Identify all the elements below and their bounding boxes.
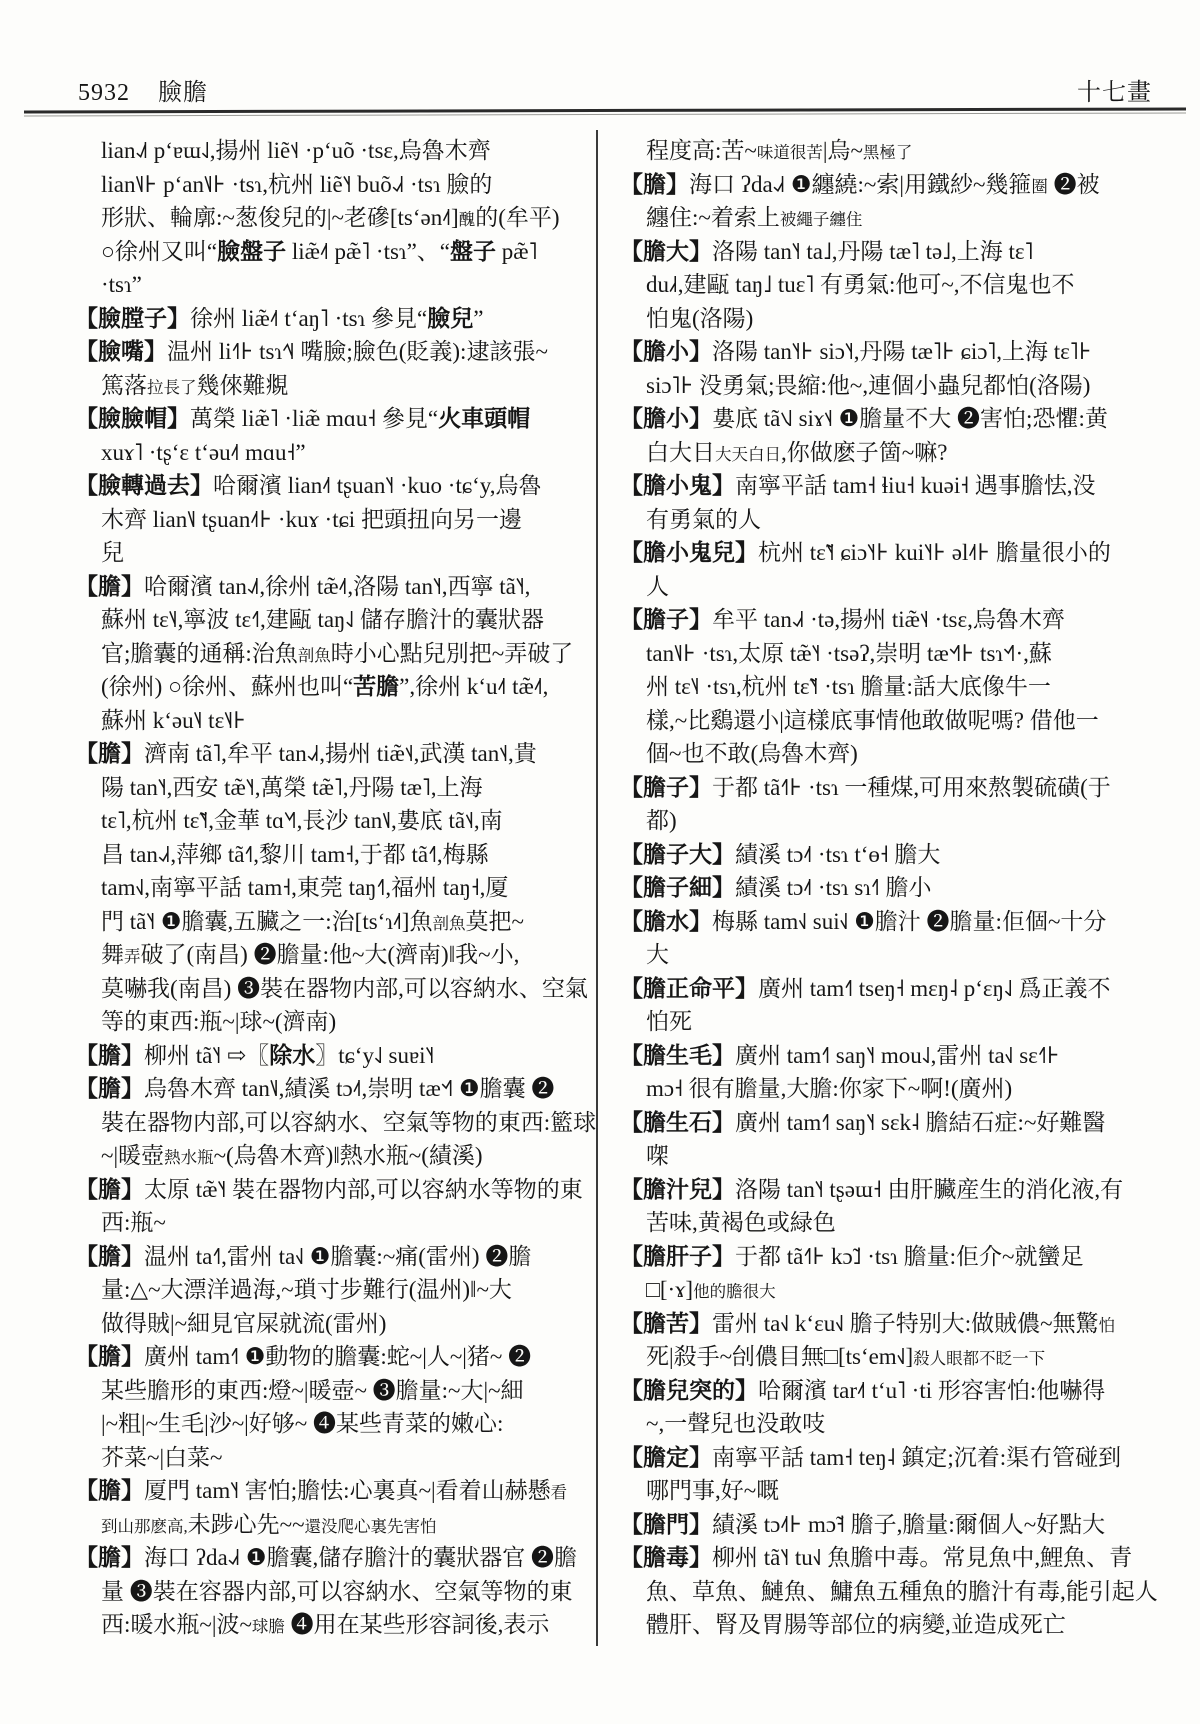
- entry-text: 個~也不敢(烏魯木齊): [646, 741, 858, 766]
- entry-line: 【膽生毛】廣州 tam˧˥ saŋ˥˧ mou˨˩,雷州 ta˧˩ sɛ˧˥⊦: [620, 1039, 1148, 1073]
- continuation-line: 等的東西:瓶~|球~(濟南): [75, 1005, 593, 1039]
- continuation-line: 白大日大天白日,你做麽子箇~嘛?: [620, 436, 1148, 470]
- entry-text: ❷被: [1048, 172, 1100, 197]
- entry-text: 怕鬼(洛陽): [646, 306, 753, 331]
- left-column: lian˨˩˦ pʻɐɯ˨˩,揚州 liẽ˦˨ ·pʻuõ ·tsɛ,烏魯木齊l…: [75, 134, 593, 1642]
- entry-text: |烏~: [823, 138, 863, 163]
- headword: 【膽】: [75, 1478, 144, 1503]
- entry-text: tam˧˩,南寧平話 tam˧,東莞 taŋ˧˥,福州 taŋ˧,厦: [101, 875, 508, 900]
- headword: 【膽】: [75, 1244, 144, 1269]
- entry-text: 裝在器物内部,可以容納水、空氣等物的東西:籃球: [101, 1110, 596, 1135]
- headword: 【膽毒】: [620, 1545, 712, 1570]
- entry-text: 大: [646, 942, 669, 967]
- continuation-line: 蘇州 tɛ˥˨,寧波 tɛ˧˥,建甌 taŋ˨˩ 儲存膽汁的囊狀器: [75, 603, 593, 637]
- entry-text: 于都 tã˧˥⊦ kɔ̃˩ ·tsɿ 膽量:佢介~就蠻足: [735, 1244, 1083, 1269]
- gloss-small-text: 到山那麽高,: [101, 1517, 188, 1536]
- entry-text: 怕死: [646, 1009, 692, 1034]
- stroke-section: 十七畫: [1077, 72, 1152, 107]
- entry-text: 篤落: [101, 373, 147, 398]
- entry-line: 【膽】海口 ʔda˨˩˧ ❶膽囊,儲存膽汁的囊狀器官 ❷膽: [75, 1541, 593, 1575]
- entry-text: 哈爾濱 lian˨˦ tʂuan˥˧ ·kuo ·tɕʻy,烏魯: [213, 473, 541, 498]
- continuation-line: 兒: [75, 536, 593, 570]
- entry-text: 柳州 tã˥˧ tu˧˩ 魚膽中毒。常見魚中,鯉魚、青: [712, 1545, 1132, 1570]
- entry-line: 【膽正命平】廣州 tam˧˥ tseŋ˧ mɛŋ˨ pʻɛŋ˨˩ 爲正義不: [620, 972, 1148, 1006]
- entry-text: 有勇氣的人: [646, 507, 761, 532]
- headword: 臉盤子: [217, 239, 286, 264]
- headword: 【膽生毛】: [620, 1043, 735, 1068]
- entry-text: 哈爾濱 tar˨˦ tʻu˥ ·ti 形容害怕:他嚇得: [758, 1378, 1105, 1403]
- headword: 【膽子細】: [620, 875, 735, 900]
- entry-text: 昌 tan˨˩˧,萍鄉 tã˧˥,黎川 tam˧,于都 tã˧˥,梅縣: [101, 842, 489, 867]
- entry-line: 【膽】太原 tæ̃˥˧ 裝在器物内部,可以容納水等物的東: [75, 1173, 593, 1207]
- entry-text: 量:△~大漂洋過海,~瑣寸步難行(温州)‖~大: [101, 1277, 512, 1302]
- continuation-line: 量:△~大漂洋過海,~瑣寸步難行(温州)‖~大: [75, 1273, 593, 1307]
- continuation-line: 西:瓶~: [75, 1206, 593, 1240]
- right-column: 程度高:苦~味道很苦|烏~黑極了【膽】海口 ʔda˨˩˧ ❶纏繞:~索|用鐵紗~…: [620, 134, 1148, 1642]
- headword: 【膽子】: [620, 607, 712, 632]
- guide-word: 臉膽: [158, 80, 208, 106]
- entry-text: ·tsɿ”: [101, 272, 142, 297]
- entry-line: 【膽】海口 ʔda˨˩˧ ❶纏繞:~索|用鐵紗~幾箍圈 ❷被: [620, 168, 1148, 202]
- headword: 【膽門】: [620, 1512, 712, 1537]
- entry-text: 廣州 tam˧˥ saŋ˥˧ sɛk˨ 膽結石症:~好難醫: [735, 1110, 1105, 1135]
- entry-text: 舞: [101, 942, 124, 967]
- entry-line: 【膽子】牟平 tan˨˩˧ ·tə,揚州 tiæ̃˦˨ ·tsɛ,烏魯木齊: [620, 603, 1148, 637]
- headword: 【膽定】: [620, 1445, 712, 1470]
- entry-text: 哈爾濱 tan˨˩˦,徐州 tæ̃˨˦,洛陽 tan˥˧,西寧 tã˥˧,: [144, 574, 530, 599]
- continuation-line: 做得賊|~細見官屎就流(雷州): [75, 1307, 593, 1341]
- entry-line: 【膽小鬼兒】杭州 tɛ̃˥˧ ɕiɔ˥˧⊦ kui˥˧⊦ əl˨˦⊦ 膽量很小的: [620, 536, 1148, 570]
- entry-text: 都): [646, 808, 677, 833]
- entry-text: 莫嚇我(南昌) ❸裝在器物内部,可以容納水、空氣: [101, 976, 588, 1001]
- headword: 【膽】: [75, 1043, 144, 1068]
- entry-line: 【膽生石】廣州 tam˧˥ saŋ˥˧ sɛk˨ 膽結石症:~好難醫: [620, 1106, 1148, 1140]
- gloss-small-text: 弄: [124, 947, 141, 966]
- entry-text: ”: [473, 306, 483, 331]
- entry-text: 温州 ta˧˥,雷州 ta˧˩ ❶膽囊:~痛(雷州) ❷膽: [144, 1244, 531, 1269]
- continuation-line: 死|殺手~刣儂目無□[tsʻem˧˩]殺人眼都不眨一下: [620, 1340, 1148, 1374]
- entry-line: 【膽】濟南 tã˥,牟平 tan˨˩˧,揚州 tiæ̃˦˨,武漢 tan˦˨,貴: [75, 737, 593, 771]
- header-left: 5932臉膽: [78, 72, 208, 107]
- gloss-small-text: 大天白日: [715, 445, 781, 464]
- headword: 【膽】: [75, 1545, 144, 1570]
- gloss-small-text: 味道很苦: [757, 143, 823, 162]
- entry-text: 海口 ʔda˨˩˧ ❶纏繞:~索|用鐵紗~幾箍: [689, 172, 1031, 197]
- entry-line: 【膽兒突的】哈爾濱 tar˨˦ tʻu˥ ·ti 形容害怕:他嚇得: [620, 1374, 1148, 1408]
- continuation-line: 芥菜~|白菜~: [75, 1441, 593, 1475]
- entry-line: 【膽苦】雷州 ta˧˩ kʻɛu˧˩ 膽子特别大:做賊儂~無驚怕: [620, 1307, 1148, 1341]
- gloss-small-text: 看: [551, 1483, 568, 1502]
- continuation-line: ·tsɿ”: [75, 268, 593, 302]
- continuation-line: lian˨˩˦ pʻɐɯ˨˩,揚州 liẽ˦˨ ·pʻuõ ·tsɛ,烏魯木齊: [75, 134, 593, 168]
- headword: 【膽子大】: [620, 842, 735, 867]
- continuation-line: 大: [620, 938, 1148, 972]
- continuation-line: 蘇州 kʻəu˥˨ tɛ˥˨⊦: [75, 704, 593, 738]
- entry-text: 南寧平話 tam˧ teŋ˨ 鎮定;沉着:渠冇管碰到: [712, 1445, 1121, 1470]
- entry-text: du˩˧,建甌 taŋ˩ tuɛ˥ 有勇氣:他可~,不信鬼也不: [646, 272, 1075, 297]
- continuation-line: 官;膽囊的通稱:治魚剖魚時小心點兒別把~弄破了: [75, 637, 593, 671]
- gloss-small-text: 剖魚: [298, 646, 331, 665]
- entry-line: 【臉臉帽】萬榮 liæ̃˥ ·liæ̃ mɑu˧ 參見“火車頭帽: [75, 402, 593, 436]
- entry-text: 死|殺手~刣儂目無□[tsʻem˧˩]: [646, 1344, 913, 1369]
- continuation-line: 體肝、腎及胃腸等部位的病變,並造成死亡: [620, 1608, 1148, 1642]
- continuation-line: 門 tã˥˧ ❶膽囊,五臟之一:治[tsʻɿ˨˦]魚剖魚莫把~: [75, 905, 593, 939]
- entry-text: 洛陽 tan˥˧ ta˩,丹陽 tæ˥ tə˩,上海 tɛ˥: [712, 239, 1033, 264]
- entry-text: |~粗|~生毛|沙~|好够~ ❹某些青菜的嫩心:: [101, 1411, 503, 1436]
- entry-text: (徐州) ○徐州、蘇州也叫“: [101, 674, 353, 699]
- continuation-line: lian˥˩⊦ pʻan˥˩⊦ ·tsɿ,杭州 liẽ˥˧ buõ˨˩˧ ·ts…: [75, 168, 593, 202]
- entry-text: ~,一聲兒也没敢吱: [646, 1411, 825, 1436]
- entry-text: 木齊 lian˥˩ tʂuan˨˦⊦ ·kuɤ ·tɕi 把頭扭向另一邊: [101, 507, 522, 532]
- continuation-line: 有勇氣的人: [620, 503, 1148, 537]
- headword: 【膽】: [75, 1344, 144, 1369]
- entry-text: 芥菜~|白菜~: [101, 1445, 223, 1470]
- continuation-line: 怕鬼(洛陽): [620, 302, 1148, 336]
- continuation-line: 纏住:~着索上被繩子纏住: [620, 201, 1148, 235]
- entry-text: 人: [646, 574, 669, 599]
- entry-line: 【膽毒】柳州 tã˥˧ tu˧˩ 魚膽中毒。常見魚中,鯉魚、青: [620, 1541, 1148, 1575]
- entry-text: ~|暖壺: [101, 1143, 164, 1168]
- gloss-small-text: 圈: [1031, 177, 1048, 196]
- entry-line: 【膽】廣州 tam˧˥ ❶動物的膽囊:蛇~|人~|猪~ ❷: [75, 1340, 593, 1374]
- entry-text: 婁底 tã˦˨˩ siɤ˦˨ ❶膽量不大 ❷害怕;恐懼:黄: [712, 406, 1108, 431]
- entry-text: tɛ˥,杭州 tɛ̃˥˧,金華 tɑ˥˧˥,長沙 tan˦˩,婁底 tã˦˨,南: [101, 808, 503, 833]
- headword: 臉兒: [427, 306, 473, 331]
- gloss-small-text: 還没爬心裏先害怕: [305, 1517, 437, 1536]
- entry-text: 太原 tæ̃˥˧ 裝在器物内部,可以容納水等物的東: [144, 1177, 583, 1202]
- entry-text: 廣州 tam˧˥ saŋ˥˧ mou˨˩,雷州 ta˧˩ sɛ˧˥⊦: [735, 1043, 1060, 1068]
- entry-text: 績溪 tɔ˨˦ ·tsɿ tʻɵ˧ 膽大: [735, 842, 940, 867]
- entry-text: 牟平 tan˨˩˧ ·tə,揚州 tiæ̃˦˨ ·tsɛ,烏魯木齊: [712, 607, 1065, 632]
- entry-text: 濟南 tã˥,牟平 tan˨˩˧,揚州 tiæ̃˦˨,武漢 tan˦˨,貴: [144, 741, 537, 766]
- entry-text: 官;膽囊的通稱:治魚: [101, 641, 298, 666]
- continuation-line: xuɤ˥ ·tʂʻɛ tʻəu˨˦ mɑu˧”: [75, 436, 593, 470]
- headword: 【臉臉帽】: [75, 406, 190, 431]
- entry-text: 未踄心先~~: [188, 1512, 305, 1537]
- entry-text: ○徐州又叫“: [101, 239, 217, 264]
- entry-line: 【膽汁兒】洛陽 tan˥˧ tʂəɯ˧ 由肝臟産生的消化液,有: [620, 1173, 1148, 1207]
- entry-text: 于都 tã˧˥⊦ ·tsɿ 一種煤,可用來熬製硫磺(于: [712, 775, 1111, 800]
- entry-text: 某些膽形的東西:燈~|暖壺~ ❸膽量:~大|~細: [101, 1378, 524, 1403]
- column-divider: [596, 130, 598, 1646]
- headword: 【膽】: [75, 1076, 144, 1101]
- page-number: 5932: [78, 80, 130, 106]
- entry-text: 兒: [101, 540, 124, 565]
- continuation-line: (徐州) ○徐州、蘇州也叫“苦膽”,徐州 kʻu˨˦ tæ̃˨˦,: [75, 670, 593, 704]
- continuation-line: siɔ˥⊦ 没勇氣;畏縮:他~,連個小蟲兒都怕(洛陽): [620, 369, 1148, 403]
- continuation-line: 木齊 lian˥˩ tʂuan˨˦⊦ ·kuɤ ·tɕi 把頭扭向另一邊: [75, 503, 593, 537]
- entry-text: 哪門事,好~嘅: [646, 1478, 779, 1503]
- entry-line: 【膽】厦門 tam˥˧ 害怕;膽怯:心裏真~|看着山赫懸看: [75, 1474, 593, 1508]
- continuation-line: 㗎: [620, 1139, 1148, 1173]
- continuation-line: tɛ˥,杭州 tɛ̃˥˧,金華 tɑ˥˧˥,長沙 tan˦˩,婁底 tã˦˨,南: [75, 804, 593, 838]
- continuation-line: 陽 tan˥˧,西安 tæ̃˥˧,萬榮 tæ̃˥,丹陽 tæ˥,上海: [75, 771, 593, 805]
- continuation-line: ~,一聲兒也没敢吱: [620, 1407, 1148, 1441]
- headword: 【臉嘴】: [75, 339, 167, 364]
- entry-line: 【膽小】婁底 tã˦˨˩ siɤ˦˨ ❶膽量不大 ❷害怕;恐懼:黄: [620, 402, 1148, 436]
- gloss-small-text: 熱水瓶: [164, 1148, 214, 1167]
- entry-text: pæ̃˥: [496, 239, 537, 264]
- entry-text: 苦味,黄褐色或緑色: [646, 1210, 836, 1235]
- continuation-line: 篤落拉長了幾倈難覜: [75, 369, 593, 403]
- entry-text: xuɤ˥ ·tʂʻɛ tʻəu˨˦ mɑu˧”: [101, 440, 306, 465]
- gloss-small-text: 剖魚: [432, 914, 465, 933]
- headword: 【臉膛子】: [75, 306, 190, 331]
- entry-text: 柳州 tã˥˧ ⇨〖: [144, 1043, 269, 1068]
- entry-text: 體肝、腎及胃腸等部位的病變,並造成死亡: [646, 1612, 1066, 1637]
- entry-line: 【膽】烏魯木齊 tan˥˩,績溪 tɔ˨˦,崇明 tæ˦˧˥ ❶膽囊 ❷: [75, 1072, 593, 1106]
- entry-text: liæ̃˨˦ pæ̃˥ ·tsɿ”、“: [286, 239, 450, 264]
- entry-line: 【膽】柳州 tã˥˧ ⇨〖除水〗tɕʻy˨˩ suɐi˥˧: [75, 1039, 593, 1073]
- continuation-line: |~粗|~生毛|沙~|好够~ ❹某些青菜的嫩心:: [75, 1407, 593, 1441]
- entry-text: 纏住:~着索上: [646, 205, 780, 230]
- headword: 【膽】: [75, 1177, 144, 1202]
- entry-text: mɔ˧ 很有膽量,大膽:你家下~啊!(廣州): [646, 1076, 1012, 1101]
- entry-text: ❹用在某些形容詞後,表示: [285, 1612, 550, 1637]
- gloss-small-text: 他的膽很大: [693, 1282, 776, 1301]
- entry-text: 温州 li˧˥⊦ tsɿ˧˥˨ 嘴臉;臉色(貶義):逮該張~: [167, 339, 548, 364]
- entry-text: 廣州 tam˧˥ ❶動物的膽囊:蛇~|人~|猪~ ❷: [144, 1344, 531, 1369]
- continuation-line: 昌 tan˨˩˧,萍鄉 tã˧˥,黎川 tam˧,于都 tã˧˥,梅縣: [75, 838, 593, 872]
- entry-text: 魚、草魚、鰱魚、鱅魚五種魚的膽汁有毒,能引起人: [646, 1579, 1158, 1604]
- entry-text: tan˥˩⊦ ·tsɿ,太原 tæ̃˥˧ ·tsəʔ,崇明 tæ˦˧˥⊦ tsɿ…: [646, 641, 1052, 666]
- page-header: 5932臉膽 十七畫: [78, 72, 1152, 107]
- entry-text: 洛陽 tan˥˧ tʂəɯ˧ 由肝臟産生的消化液,有: [735, 1177, 1123, 1202]
- gloss-small-text: 球膽: [252, 1617, 285, 1636]
- continuation-line: 魚、草魚、鰱魚、鱅魚五種魚的膽汁有毒,能引起人: [620, 1575, 1148, 1609]
- headword: 【膽小】: [620, 406, 712, 431]
- entry-text: 西:暖水瓶~|波~: [101, 1612, 252, 1637]
- entry-line: 【膽子】于都 tã˧˥⊦ ·tsɿ 一種煤,可用來熬製硫磺(于: [620, 771, 1148, 805]
- continuation-line: ○徐州又叫“臉盤子 liæ̃˨˦ pæ̃˥ ·tsɿ”、“盤子 pæ̃˥: [75, 235, 593, 269]
- continuation-line: 個~也不敢(烏魯木齊): [620, 737, 1148, 771]
- continuation-line: 苦味,黄褐色或緑色: [620, 1206, 1148, 1240]
- headword: 【膽】: [75, 574, 144, 599]
- headword: 火車頭帽: [438, 406, 530, 431]
- entry-text: 的(牟平): [475, 205, 559, 230]
- entry-line: 【膽門】績溪 tɔ˨˦⊦ mɔ̃˧ 膽子,膽量:爾個人~好點大: [620, 1508, 1148, 1542]
- entry-text: 樣,~比鷄還小|這樣底事情他敢做呢嗎? 借他一: [646, 708, 1099, 733]
- entry-line: 【膽子大】績溪 tɔ˨˦ ·tsɿ tʻɵ˧ 膽大: [620, 838, 1148, 872]
- headword: 【膽小鬼兒】: [620, 540, 758, 565]
- gloss-small-text: 醜: [459, 210, 476, 229]
- gloss-small-text: 怕: [1099, 1316, 1116, 1335]
- entry-text: ,你做麽子箇~嘛?: [781, 440, 947, 465]
- entry-line: 【膽大】洛陽 tan˥˧ ta˩,丹陽 tæ˥ tə˩,上海 tɛ˥: [620, 235, 1148, 269]
- continuation-line: 程度高:苦~味道很苦|烏~黑極了: [620, 134, 1148, 168]
- entry-text: 蘇州 tɛ˥˨,寧波 tɛ˧˥,建甌 taŋ˨˩ 儲存膽汁的囊狀器: [101, 607, 544, 632]
- headword: 【膽】: [620, 172, 689, 197]
- entry-text: 時小心點兒別把~弄破了: [331, 641, 573, 666]
- entry-text: □[·ɤ]: [646, 1277, 693, 1302]
- entry-text: 〗tɕʻy˨˩ suɐi˥˧: [315, 1043, 434, 1068]
- entry-line: 【膽小鬼】南寧平話 tam˧ ɬiu˧ kuəi˧ 遇事膽怯,没: [620, 469, 1148, 503]
- headword: 苦膽: [353, 674, 399, 699]
- gloss-small-text: 拉長了: [147, 378, 197, 397]
- continuation-line: 量 ❸裝在容器内部,可以容納水、空氣等物的東: [75, 1575, 593, 1609]
- entry-text: 績溪 tɔ˨˦⊦ mɔ̃˧ 膽子,膽量:爾個人~好點大: [712, 1512, 1105, 1537]
- entry-text: 做得賊|~細見官屎就流(雷州): [101, 1311, 386, 1336]
- continuation-line: tan˥˩⊦ ·tsɿ,太原 tæ̃˥˧ ·tsəʔ,崇明 tæ˦˧˥⊦ tsɿ…: [620, 637, 1148, 671]
- entry-text: lian˨˩˦ pʻɐɯ˨˩,揚州 liẽ˦˨ ·pʻuõ ·tsɛ,烏魯木齊: [101, 138, 491, 163]
- continuation-line: 莫嚇我(南昌) ❸裝在器物内部,可以容納水、空氣: [75, 972, 593, 1006]
- headword: 【膽肝子】: [620, 1244, 735, 1269]
- entry-text: 杭州 tɛ̃˥˧ ɕiɔ˥˧⊦ kui˥˧⊦ əl˨˦⊦ 膽量很小的: [758, 540, 1111, 565]
- headword: 【膽】: [75, 741, 144, 766]
- headword: 除水: [269, 1043, 315, 1068]
- gloss-small-text: 黑極了: [863, 143, 913, 162]
- entry-text: 梅縣 tam˧˩ sui˧˩ ❶膽汁 ❷膽量:佢個~十分: [712, 909, 1106, 934]
- headword: 【膽汁兒】: [620, 1177, 735, 1202]
- entry-text: siɔ˥⊦ 没勇氣;畏縮:他~,連個小蟲兒都怕(洛陽): [646, 373, 1090, 398]
- continuation-line: 怕死: [620, 1005, 1148, 1039]
- continuation-line: tam˧˩,南寧平話 tam˧,東莞 taŋ˧˥,福州 taŋ˧,厦: [75, 871, 593, 905]
- gloss-small-text: 被繩子纏住: [780, 210, 863, 229]
- entry-text: 廣州 tam˧˥ tseŋ˧ mɛŋ˨ pʻɛŋ˨˩ 爲正義不: [758, 976, 1111, 1001]
- entry-text: 破了(南昌) ❷膽量:他~大(濟南)‖我~小,: [141, 942, 520, 967]
- header-rule-shadow: [24, 112, 1186, 116]
- headword: 【膽生石】: [620, 1110, 735, 1135]
- continuation-line: mɔ˧ 很有膽量,大膽:你家下~啊!(廣州): [620, 1072, 1148, 1106]
- entry-text: 雷州 ta˧˩ kʻɛu˧˩ 膽子特别大:做賊儂~無驚: [712, 1311, 1099, 1336]
- continuation-line: 舞弄破了(南昌) ❷膽量:他~大(濟南)‖我~小,: [75, 938, 593, 972]
- entry-line: 【膽小】洛陽 tan˥˧⊦ siɔ˥˧,丹陽 tæ˥⊦ ɕiɔ˥,上海 tɛ˥⊦: [620, 335, 1148, 369]
- headword: 【膽大】: [620, 239, 712, 264]
- entry-line: 【膽】哈爾濱 tan˨˩˦,徐州 tæ̃˨˦,洛陽 tan˥˧,西寧 tã˥˧,: [75, 570, 593, 604]
- entry-line: 【膽子細】績溪 tɔ˨˦ ·tsɿ sɿ˧˥ 膽小: [620, 871, 1148, 905]
- headword: 【臉轉過去】: [75, 473, 213, 498]
- entry-line: 【臉轉過去】哈爾濱 lian˨˦ tʂuan˥˧ ·kuo ·tɕʻy,烏魯: [75, 469, 593, 503]
- entry-line: 【膽肝子】于都 tã˧˥⊦ kɔ̃˩ ·tsɿ 膽量:佢介~就蠻足: [620, 1240, 1148, 1274]
- entry-text: 烏魯木齊 tan˥˩,績溪 tɔ˨˦,崇明 tæ˦˧˥ ❶膽囊 ❷: [144, 1076, 554, 1101]
- entry-text: 陽 tan˥˧,西安 tæ̃˥˧,萬榮 tæ̃˥,丹陽 tæ˥,上海: [101, 775, 483, 800]
- continuation-line: 都): [620, 804, 1148, 838]
- entry-line: 【臉嘴】温州 li˧˥⊦ tsɿ˧˥˨ 嘴臉;臉色(貶義):逮該張~: [75, 335, 593, 369]
- entry-text: 㗎: [646, 1143, 669, 1168]
- entry-line: 【臉膛子】徐州 liæ̃˨˦ tʻaŋ˥ ·tsɿ 參見“臉兒”: [75, 302, 593, 336]
- headword: 【膽子】: [620, 775, 712, 800]
- entry-text: 州 tɛ˥˨ ·tsɿ,杭州 tɛ̃˥˧ ·tsɿ 膽量:話大底像牛一: [646, 674, 1051, 699]
- entry-text: 萬榮 liæ̃˥ ·liæ̃ mɑu˧ 參見“: [190, 406, 438, 431]
- entry-text: 等的東西:瓶~|球~(濟南): [101, 1009, 336, 1034]
- entry-text: 厦門 tam˥˧ 害怕;膽怯:心裏真~|看着山赫懸: [144, 1478, 551, 1503]
- entry-text: 莫把~: [465, 909, 523, 934]
- continuation-line: 形狀、輪廓:~葱俊兒的|~老磣[tsʻən˨˦]醜的(牟平): [75, 201, 593, 235]
- continuation-line: □[·ɤ]他的膽很大: [620, 1273, 1148, 1307]
- continuation-line: du˩˧,建甌 taŋ˩ tuɛ˥ 有勇氣:他可~,不信鬼也不: [620, 268, 1148, 302]
- entry-text: ~(烏魯木齊)‖熱水瓶~(績溪): [214, 1143, 483, 1168]
- headword: 【膽苦】: [620, 1311, 712, 1336]
- continuation-line: ~|暖壺熱水瓶~(烏魯木齊)‖熱水瓶~(績溪): [75, 1139, 593, 1173]
- continuation-line: 西:暖水瓶~|波~球膽 ❹用在某些形容詞後,表示: [75, 1608, 593, 1642]
- entry-text: 白大日: [646, 440, 715, 465]
- entry-text: 幾倈難覜: [197, 373, 289, 398]
- headword: 【膽正命平】: [620, 976, 758, 1001]
- entry-text: 海口 ʔda˨˩˧ ❶膽囊,儲存膽汁的囊狀器官 ❷膽: [144, 1545, 577, 1570]
- headword: 【膽小鬼】: [620, 473, 735, 498]
- entry-text: 程度高:苦~: [646, 138, 757, 163]
- entry-text: 量 ❸裝在容器内部,可以容納水、空氣等物的東: [101, 1579, 573, 1604]
- entry-text: 門 tã˥˧ ❶膽囊,五臟之一:治[tsʻɿ˨˦]魚: [101, 909, 432, 934]
- continuation-line: 某些膽形的東西:燈~|暖壺~ ❸膽量:~大|~細: [75, 1374, 593, 1408]
- entry-text: lian˥˩⊦ pʻan˥˩⊦ ·tsɿ,杭州 liẽ˥˧ buõ˨˩˧ ·ts…: [101, 172, 492, 197]
- headword: 【膽小】: [620, 339, 712, 364]
- headword: 盤子: [450, 239, 496, 264]
- entry-text: 形狀、輪廓:~葱俊兒的|~老磣[tsʻən˨˦]: [101, 205, 459, 230]
- entry-line: 【膽水】梅縣 tam˧˩ sui˧˩ ❶膽汁 ❷膽量:佢個~十分: [620, 905, 1148, 939]
- entry-text: 南寧平話 tam˧ ɬiu˧ kuəi˧ 遇事膽怯,没: [735, 473, 1096, 498]
- continuation-line: 州 tɛ˥˨ ·tsɿ,杭州 tɛ̃˥˧ ·tsɿ 膽量:話大底像牛一: [620, 670, 1148, 704]
- entry-text: ”,徐州 kʻu˨˦ tæ̃˨˦,: [399, 674, 548, 699]
- entry-line: 【膽定】南寧平話 tam˧ teŋ˨ 鎮定;沉着:渠冇管碰到: [620, 1441, 1148, 1475]
- continuation-line: 哪門事,好~嘅: [620, 1474, 1148, 1508]
- entry-text: 績溪 tɔ˨˦ ·tsɿ sɿ˧˥ 膽小: [735, 875, 931, 900]
- entry-text: 西:瓶~: [101, 1210, 166, 1235]
- entry-line: 【膽】温州 ta˧˥,雷州 ta˧˩ ❶膽囊:~痛(雷州) ❷膽: [75, 1240, 593, 1274]
- continuation-line: 裝在器物内部,可以容納水、空氣等物的東西:籃球: [75, 1106, 593, 1140]
- continuation-line: 人: [620, 570, 1148, 604]
- headword: 【膽水】: [620, 909, 712, 934]
- entry-text: 徐州 liæ̃˨˦ tʻaŋ˥ ·tsɿ 參見“: [190, 306, 427, 331]
- entry-text: 洛陽 tan˥˧⊦ siɔ˥˧,丹陽 tæ˥⊦ ɕiɔ˥,上海 tɛ˥⊦: [712, 339, 1092, 364]
- entry-text: 蘇州 kʻəu˥˨ tɛ˥˨⊦: [101, 708, 246, 733]
- dictionary-page: 5932臉膽 十七畫 lian˨˩˦ pʻɐɯ˨˩,揚州 liẽ˦˨ ·pʻuõ…: [0, 0, 1200, 1724]
- headword: 【膽兒突的】: [620, 1378, 758, 1403]
- gloss-small-text: 殺人眼都不眨一下: [913, 1349, 1045, 1368]
- continuation-line: 到山那麽高,未踄心先~~還没爬心裏先害怕: [75, 1508, 593, 1542]
- continuation-line: 樣,~比鷄還小|這樣底事情他敢做呢嗎? 借他一: [620, 704, 1148, 738]
